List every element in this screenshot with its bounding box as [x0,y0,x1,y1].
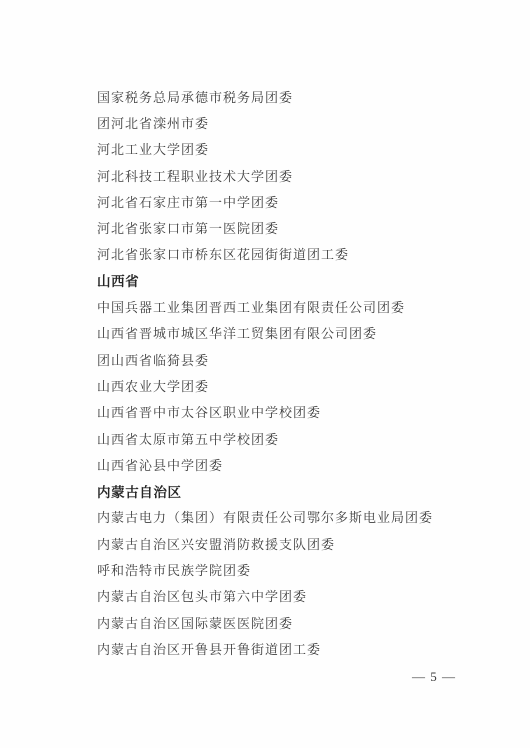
list-item: 中国兵器工业集团晋西工业集团有限责任公司团委 [97,293,457,319]
list-item: 山西省太原市第五中学校团委 [97,425,457,451]
list-item: 团河北省滦州市委 [97,109,457,135]
section-heading-neimenggu: 内蒙古自治区 [97,477,457,503]
section-heading-shanxi: 山西省 [97,267,457,293]
list-item: 河北科技工程职业技术大学团委 [97,162,457,188]
document-page: 国家税务总局承德市税务局团委 团河北省滦州市委 河北工业大学团委 河北科技工程职… [0,0,530,748]
list-item: 河北省张家口市第一医院团委 [97,214,457,240]
list-item: 河北省张家口市桥东区花园街街道团工委 [97,241,457,267]
page-number: — 5 — [405,669,463,685]
organization-list: 国家税务总局承德市税务局团委 团河北省滦州市委 河北工业大学团委 河北科技工程职… [97,83,457,662]
list-item: 团山西省临猗县委 [97,346,457,372]
list-item: 山西省沁县中学团委 [97,451,457,477]
list-item: 内蒙古自治区国际蒙医医院团委 [97,609,457,635]
list-item: 内蒙古自治区兴安盟消防救援支队团委 [97,530,457,556]
list-item: 内蒙古自治区包头市第六中学团委 [97,583,457,609]
list-item: 山西省晋中市太谷区职业中学校团委 [97,399,457,425]
list-item: 内蒙古自治区开鲁县开鲁街道团工委 [97,635,457,661]
list-item: 山西农业大学团委 [97,372,457,398]
list-item: 山西省晋城市城区华洋工贸集团有限公司团委 [97,320,457,346]
list-item: 河北工业大学团委 [97,136,457,162]
list-item: 河北省石家庄市第一中学团委 [97,188,457,214]
list-item: 国家税务总局承德市税务局团委 [97,83,457,109]
list-item: 呼和浩特市民族学院团委 [97,556,457,582]
list-item: 内蒙古电力（集团）有限责任公司鄂尔多斯电业局团委 [97,504,457,530]
